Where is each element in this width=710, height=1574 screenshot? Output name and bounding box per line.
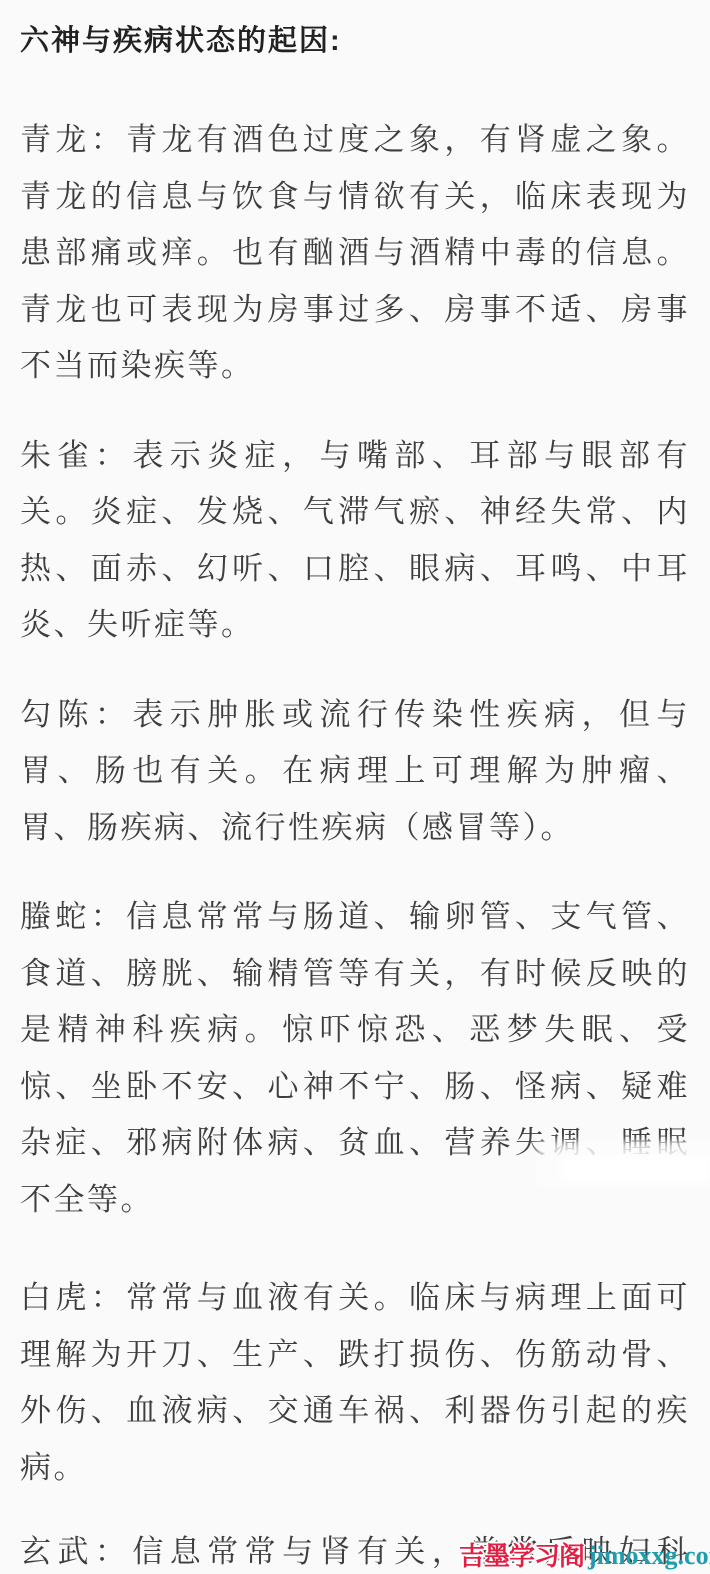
text-line: 热、面赤、幻听、口腔、眼病、耳鸣、中耳: [20, 541, 690, 598]
paragraph-baihu: 白虎：常常与血液有关。临床与病理上面可 理解为开刀、生产、跌打损伤、伤筋动骨、 …: [20, 1270, 690, 1496]
paragraph-zhuque: 朱雀：表示炎症，与嘴部、耳部与眼部有 关。炎症、发烧、气滞气瘀、神经失常、内 热…: [20, 428, 690, 654]
page-title: 六神与疾病状态的起因:: [20, 22, 690, 60]
text-line: 青龙的信息与饮食与情欲有关，临床表现为: [20, 169, 690, 226]
text-line: 螣蛇：信息常常与肠道、输卵管、支气管、: [20, 889, 690, 946]
text-line: 杂症、邪病附体病、贫血、营养失调、睡眠: [20, 1115, 690, 1172]
text-line: 胃、肠疾病、流行性疾病（感冒等）。: [20, 800, 690, 857]
text-line: 理解为开刀、生产、跌打损伤、伤筋动骨、: [20, 1327, 690, 1384]
text-line: 患部痛或痒。也有酗酒与酒精中毒的信息。: [20, 225, 690, 282]
text-line: 不全等。: [20, 1172, 690, 1229]
text-line: 关。炎症、发烧、气滞气瘀、神经失常、内: [20, 484, 690, 541]
text-line: 病。: [20, 1440, 690, 1497]
paragraph-tengshe: 螣蛇：信息常常与肠道、输卵管、支气管、 食道、膀胱、输精管等有关，有时候反映的 …: [20, 889, 690, 1228]
text-line: 白虎：常常与血液有关。临床与病理上面可: [20, 1270, 690, 1327]
text-line: 是精神科疾病。惊吓惊恐、恶梦失眠、受: [20, 1002, 690, 1059]
text-line: 食道、膀胱、输精管等有关，有时候反映的: [20, 946, 690, 1003]
text-line: 朱雀：表示炎症，与嘴部、耳部与眼部有: [20, 428, 690, 485]
text-line: 青龙也可表现为房事过多、房事不适、房事: [20, 282, 690, 339]
text-line: 惊、坐卧不安、心神不宁、肠、怪病、疑难: [20, 1059, 690, 1116]
paragraph-qinglong: 青龙：青龙有酒色过度之象，有肾虚之象。 青龙的信息与饮食与情欲有关，临床表现为 …: [20, 112, 690, 395]
watermark-site-url: jimoxxg.com: [588, 1541, 710, 1571]
text-line: 炎、失听症等。: [20, 597, 690, 654]
article-page: { "document": { "title": "六神与疾病状态的起因:", …: [0, 0, 710, 1574]
text-line: 不当而染疾等。: [20, 338, 690, 395]
watermark-stamp: 吉墨学习阁: [459, 1536, 584, 1573]
text-line: 勾陈：表示肿胀或流行传染性疾病，但与: [20, 687, 690, 744]
text-line: 外伤、血液病、交通车祸、利器伤引起的疾: [20, 1383, 690, 1440]
article-body: 六神与疾病状态的起因: 青龙：青龙有酒色过度之象，有肾虚之象。 青龙的信息与饮食…: [0, 0, 710, 1574]
text-line: 胃、肠也有关。在病理上可理解为肿瘤、: [20, 743, 690, 800]
text-line: 青龙：青龙有酒色过度之象，有肾虚之象。: [20, 112, 690, 169]
paragraph-gouchen: 勾陈：表示肿胀或流行传染性疾病，但与 胃、肠也有关。在病理上可理解为肿瘤、 胃、…: [20, 687, 690, 857]
